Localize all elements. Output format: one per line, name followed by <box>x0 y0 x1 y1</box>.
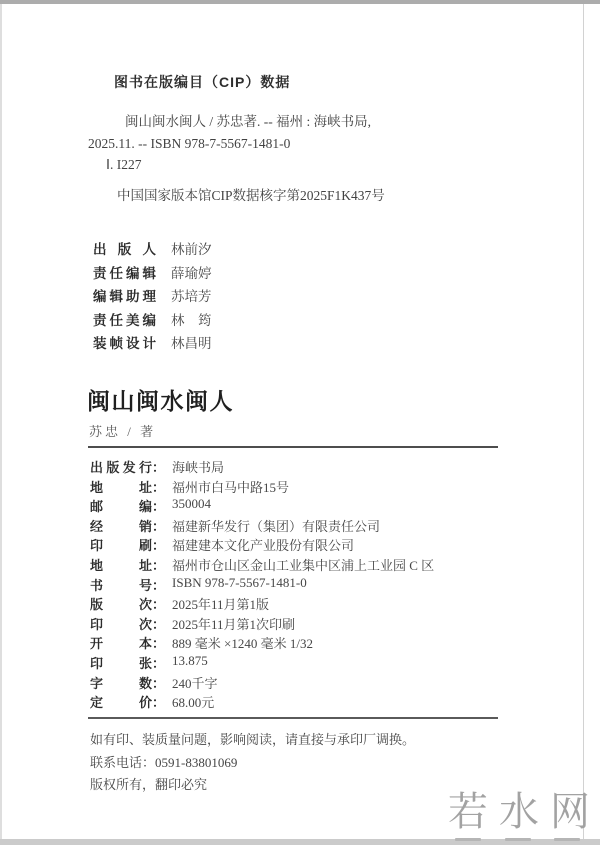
watermark-subtext-marks <box>455 838 580 841</box>
notice-line: 联系电话：0591-83801069 <box>90 752 415 775</box>
colophon-label: 定价 <box>90 692 152 711</box>
credits-block: 出版人 林前汐 责任编辑 薛瑜婷 编辑助理 苏培芳 责任美编 林 筠 装帧设计 … <box>93 238 212 356</box>
colophon-colon: ： <box>152 653 165 672</box>
colophon-colon: ： <box>152 692 165 711</box>
colophon-label: 印刷 <box>90 535 152 554</box>
cip-line: 闽山闽水闽人 / 苏忠著. -- 福州 : 海峡书局, <box>88 111 518 133</box>
copyright-page: 图书在版编目（CIP）数据 闽山闽水闽人 / 苏忠著. -- 福州 : 海峡书局… <box>0 0 600 845</box>
colophon-value: 889 毫米 ×1240 毫米 1/32 <box>172 633 313 652</box>
colophon-row: 经销： 福建新华发行（集团）有限责任公司 <box>90 516 530 536</box>
colophon-row: 邮编： 350004 <box>90 496 530 516</box>
colophon-label: 版次 <box>90 594 152 613</box>
colophon-label: 印张 <box>90 653 152 672</box>
credit-row: 责任美编 林 筠 <box>93 309 212 333</box>
colophon-value: 68.00元 <box>172 692 214 711</box>
colophon-label: 地址 <box>90 477 152 496</box>
colophon-value: 240千字 <box>172 673 218 692</box>
watermark-mark <box>455 838 481 841</box>
page-edge-top <box>0 0 600 4</box>
quality-notice: 如有印、装质量问题，影响阅读，请直接与承印厂调换。 联系电话：0591-8380… <box>90 729 415 797</box>
colophon-label: 字数 <box>90 673 152 692</box>
watermark-mark <box>554 838 580 841</box>
page-edge-left <box>0 4 2 845</box>
colophon-colon: ： <box>152 516 165 535</box>
colophon-row: 出版发行： 海峡书局 <box>90 457 530 477</box>
colophon-colon: ： <box>152 673 165 692</box>
colophon-row: 版次： 2025年11月第1版 <box>90 594 530 614</box>
colophon-colon: ： <box>152 575 165 594</box>
credit-label: 装帧设计 <box>93 332 156 352</box>
colophon-row: 字数： 240千字 <box>90 673 530 693</box>
ruoshui-watermark: 若水网 <box>448 790 600 834</box>
credit-label: 出版人 <box>93 238 156 258</box>
colophon-row: 印张： 13.875 <box>90 653 530 673</box>
colophon-value: 福州市白马中路15号 <box>172 477 289 496</box>
colophon-value: 2025年11月第1次印刷 <box>172 614 295 633</box>
credit-name: 林 筠 <box>171 309 212 329</box>
colophon-value: 福州市仓山区金山工业集中区浦上工业园 C 区 <box>172 555 434 574</box>
colophon-label: 印次 <box>90 614 152 633</box>
cip-paragraph: 闽山闽水闽人 / 苏忠著. -- 福州 : 海峡书局, 2025.11. -- … <box>88 111 518 176</box>
colophon-colon: ： <box>152 477 165 496</box>
book-title: 闽山闽水闽人 <box>87 383 234 416</box>
page-edge-right <box>583 4 584 839</box>
colophon-label: 出版发行 <box>90 457 152 476</box>
colophon-row: 印刷： 福建建本文化产业股份有限公司 <box>90 535 530 555</box>
credit-row: 出版人 林前汐 <box>93 238 212 262</box>
colophon-value: 2025年11月第1版 <box>172 594 269 613</box>
credit-name: 薛瑜婷 <box>171 262 212 282</box>
colophon-colon: ： <box>152 614 165 633</box>
colophon-label: 开本 <box>90 633 152 652</box>
credit-label: 责任美编 <box>93 309 156 329</box>
colophon-row: 定价： 68.00元 <box>90 692 530 712</box>
colophon-colon: ： <box>152 633 165 652</box>
notice-line: 如有印、装质量问题，影响阅读，请直接与承印厂调换。 <box>90 729 415 752</box>
credit-name: 林昌明 <box>171 332 212 352</box>
colophon-label: 经销 <box>90 516 152 535</box>
colophon-label: 邮编 <box>90 496 152 515</box>
author-line: 苏忠 / 著 <box>89 421 156 440</box>
credit-label: 责任编辑 <box>93 262 156 282</box>
colophon-colon: ： <box>152 555 165 574</box>
cip-heading: 图书在版编目（CIP）数据 <box>114 72 290 92</box>
colophon-row: 地址： 福州市白马中路15号 <box>90 477 530 497</box>
colophon-value: 350004 <box>172 496 211 512</box>
colophon-label: 地址 <box>90 555 152 574</box>
colophon-value: ISBN 978-7-5567-1481-0 <box>172 575 307 591</box>
credit-row: 编辑助理 苏培芳 <box>93 285 212 309</box>
colophon-colon: ： <box>152 496 165 515</box>
cip-line: Ⅰ. I227 <box>88 154 518 176</box>
colophon-colon: ： <box>152 594 165 613</box>
colophon-block: 出版发行： 海峡书局 地址： 福州市白马中路15号 邮编： 350004 经销：… <box>90 457 530 712</box>
credit-name: 林前汐 <box>171 238 212 258</box>
watermark-mark <box>505 838 531 841</box>
colophon-value: 福建建本文化产业股份有限公司 <box>172 535 354 554</box>
notice-line: 版权所有，翻印必究 <box>90 774 415 797</box>
credit-name: 苏培芳 <box>171 285 212 305</box>
cip-line: 2025.11. -- ISBN 978-7-5567-1481-0 <box>88 133 518 155</box>
colophon-value: 福建新华发行（集团）有限责任公司 <box>172 516 380 535</box>
colophon-row: 地址： 福州市仓山区金山工业集中区浦上工业园 C 区 <box>90 555 530 575</box>
divider-rule-top <box>88 446 498 448</box>
colophon-row: 开本： 889 毫米 ×1240 毫米 1/32 <box>90 633 530 653</box>
credit-row: 责任编辑 薛瑜婷 <box>93 262 212 286</box>
credit-row: 装帧设计 林昌明 <box>93 332 212 356</box>
colophon-value: 海峡书局 <box>172 457 224 476</box>
colophon-value: 13.875 <box>172 653 208 669</box>
colophon-row: 印次： 2025年11月第1次印刷 <box>90 614 530 634</box>
colophon-label: 书号 <box>90 575 152 594</box>
cip-record-number: 中国国家版本馆CIP数据核字第2025F1K437号 <box>117 184 385 204</box>
divider-rule-bottom <box>88 717 498 719</box>
colophon-colon: ： <box>152 535 165 554</box>
colophon-colon: ： <box>152 457 165 476</box>
credit-label: 编辑助理 <box>93 285 156 305</box>
colophon-row: 书号： ISBN 978-7-5567-1481-0 <box>90 575 530 595</box>
